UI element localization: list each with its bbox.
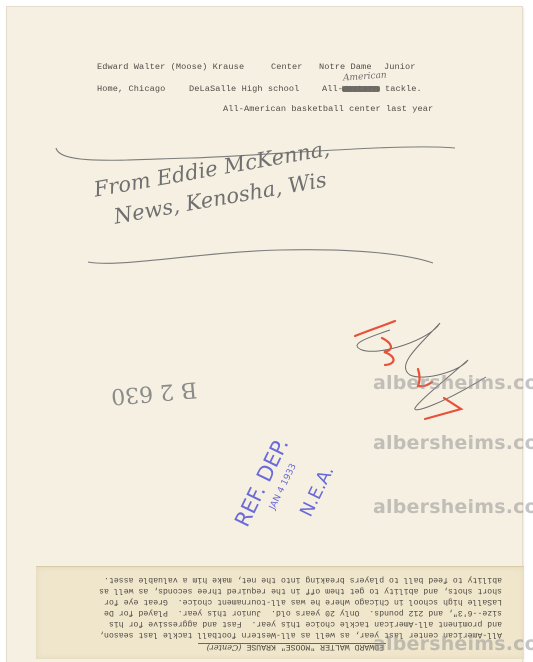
watermark: albersheims.com: [373, 633, 533, 655]
caption-title-rule: [198, 643, 386, 644]
caption-line: ability to feed ball to players breaking…: [104, 575, 502, 584]
watermark: albersheims.com: [373, 496, 533, 518]
caption-line: short shots, and ability to get them off…: [99, 586, 502, 595]
watermark: albersheims.com: [373, 432, 533, 454]
watermark: albersheims.com: [373, 372, 533, 394]
caption-line: and prominent all-American tackle choice…: [109, 619, 502, 628]
pencil-marks: [0, 0, 533, 662]
caption-line: size--6'3", and 212 pounds. Only 20 year…: [104, 608, 502, 617]
caption-line: LaSalle high school in Chicago where he …: [104, 597, 502, 606]
red-pencil-mark: [355, 321, 461, 419]
caption-title-handwritten: (Center): [207, 643, 242, 653]
